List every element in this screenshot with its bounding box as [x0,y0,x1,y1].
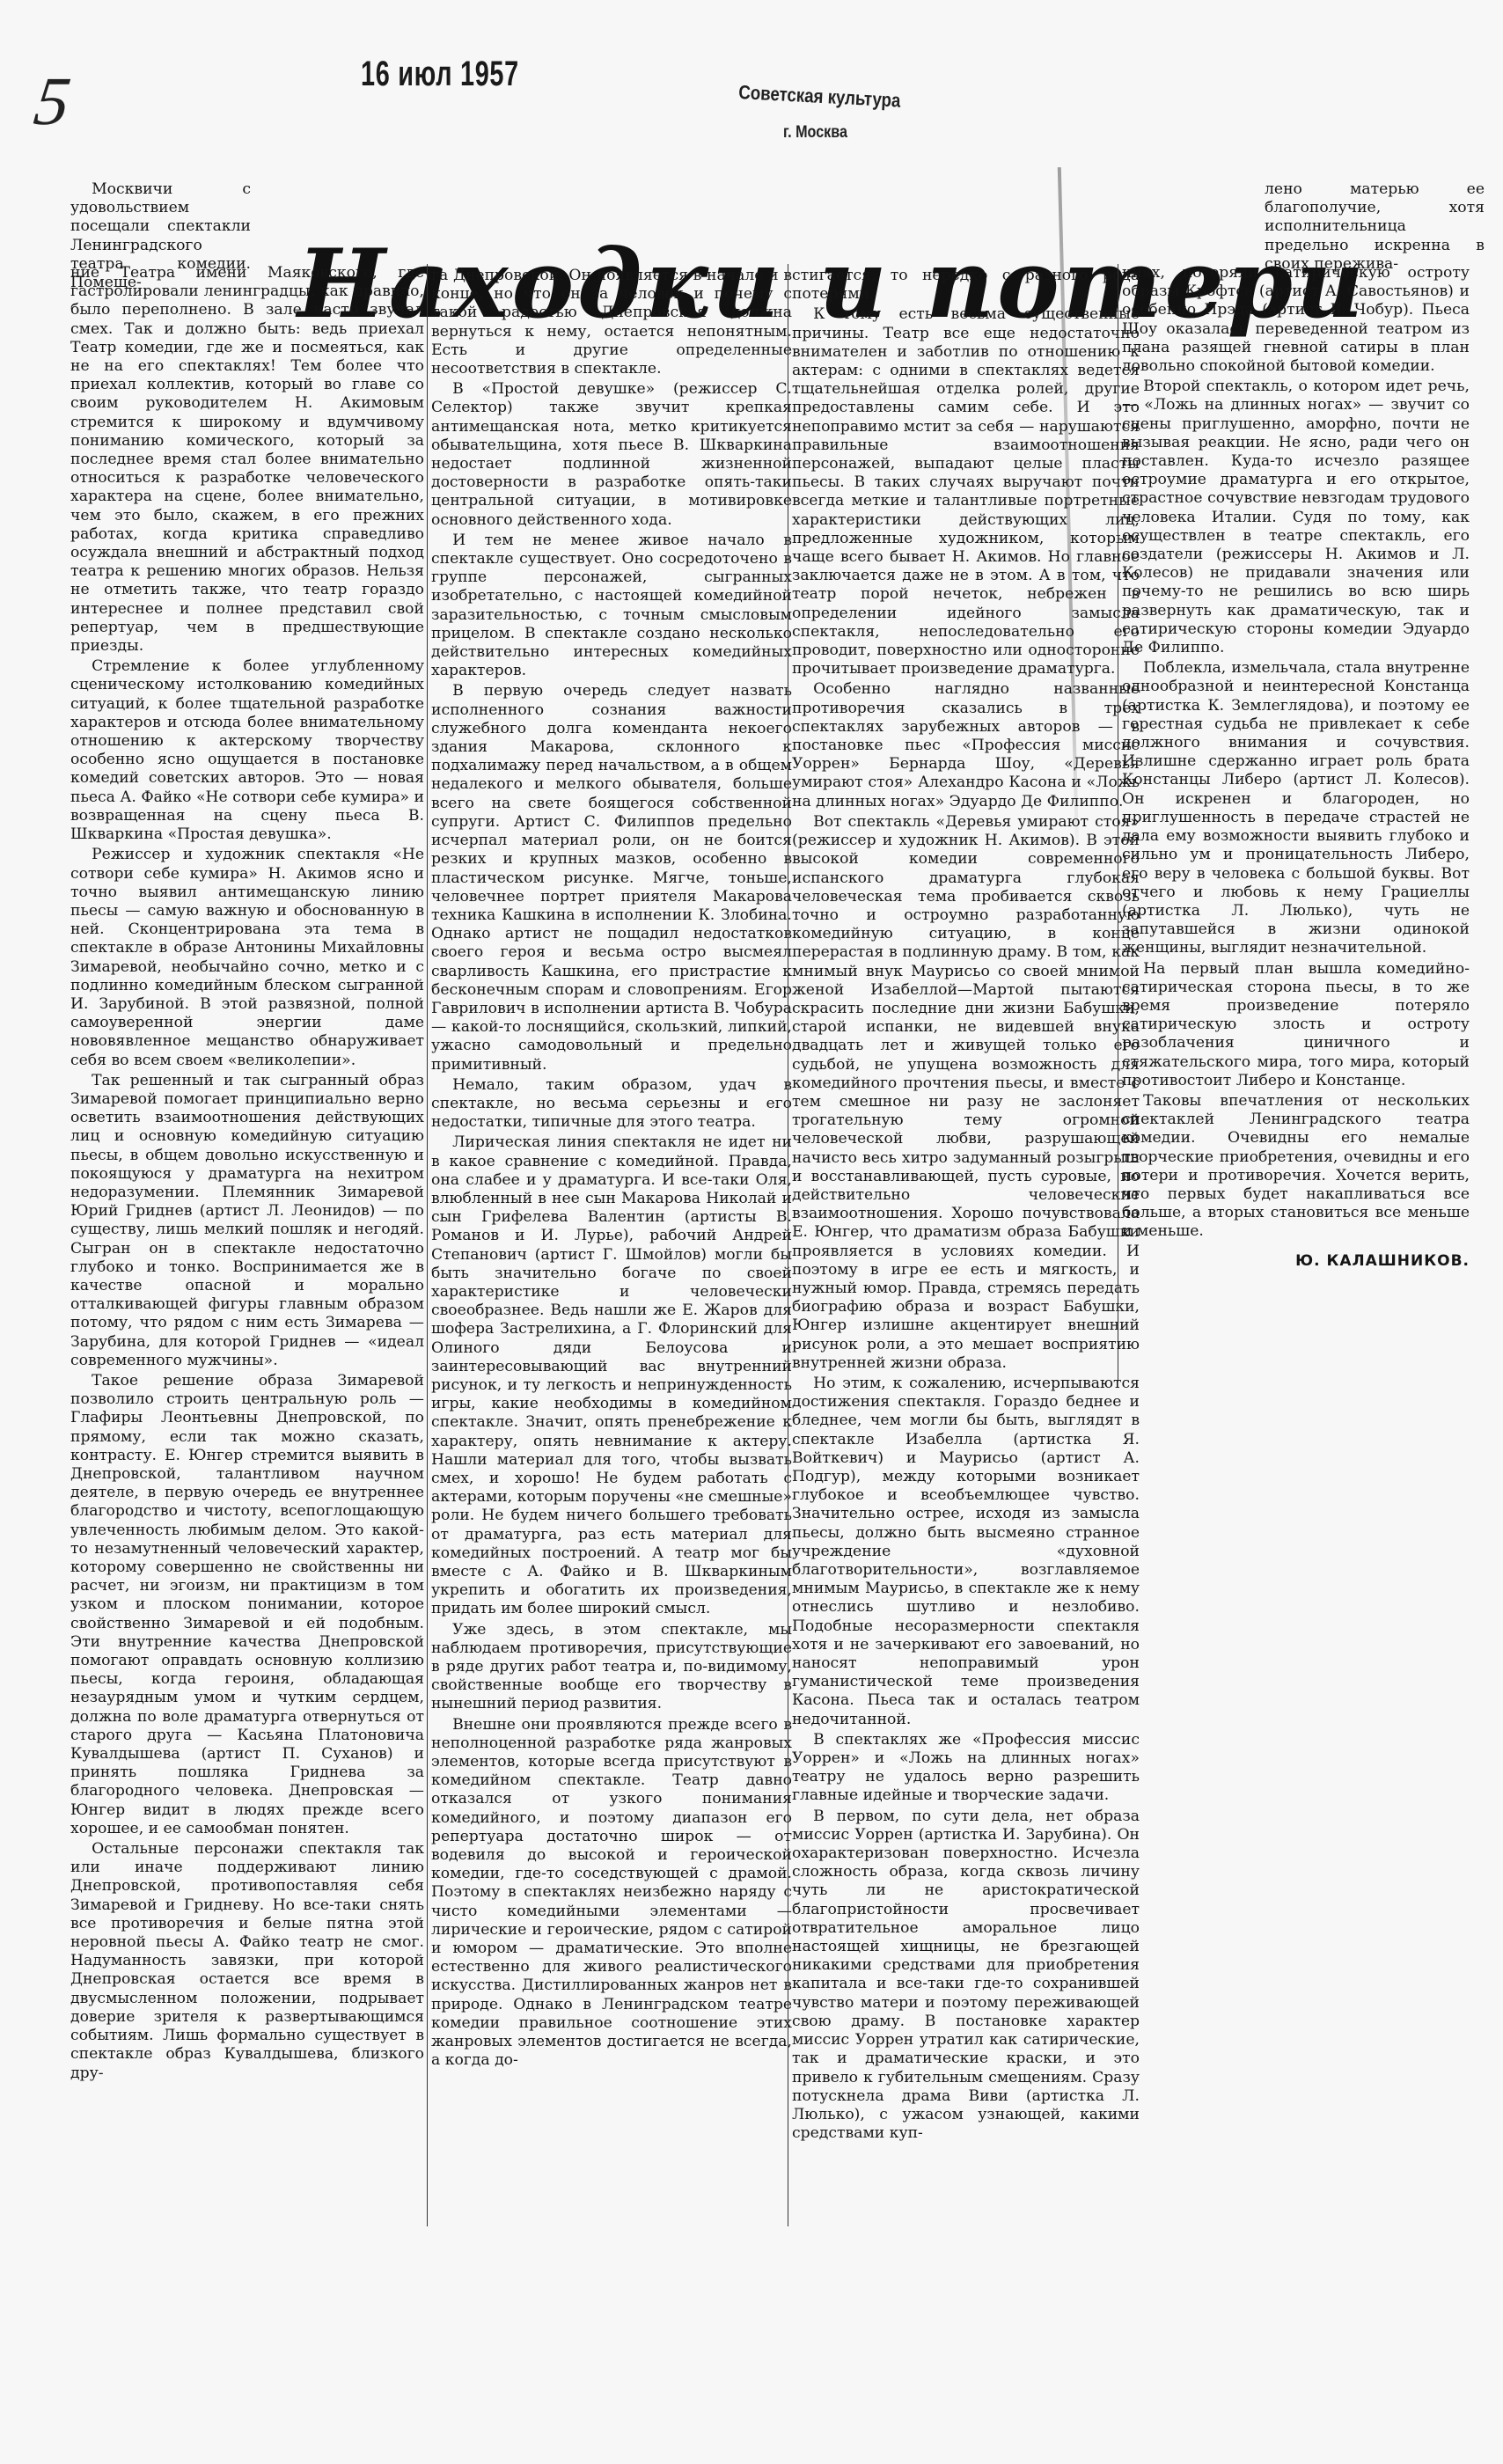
paragraph: Стремление к более углубленному сценичес… [70,657,424,844]
column-4-intro: лено матерью ее благополучие, хотя испол… [1150,180,1485,274]
paragraph: К тому есть весьма существенные причины.… [792,305,1140,678]
column-3: стигается, то нередко с разного рода пот… [792,267,1140,2143]
paragraph: Лирическая линия спектакля не идет ни в … [431,1133,792,1618]
paragraph: лено матерью ее благополучие, хотя испол… [1265,180,1485,274]
paragraph: Режиссер и художник спектакля «Не сотвор… [70,846,424,1069]
paragraph: стигается, то нередко с разного рода пот… [792,267,1140,304]
paragraph: Второй спектакль, о котором идет речь, —… [1122,378,1470,657]
paragraph: га Днепровской. Он появляется в начале и… [431,267,792,378]
paragraph: В «Простой девушке» (режиссер С. Селекто… [431,380,792,530]
paragraph: Остальные персонажи спектакля так или ин… [70,1840,424,2083]
paragraph: Немало, таким образом, удач в спектакле,… [431,1076,792,1133]
paragraph: Вот спектакль «Деревья умирают стоя» (ре… [792,813,1140,1373]
paragraph: ние Театра имени Маяковского, где гастро… [70,264,424,656]
column-2: га Днепровской. Он появляется в начале и… [431,267,792,2071]
paragraph: ниях, потеряли сатирическую остроту обра… [1122,264,1470,376]
newspaper-name-stamp: Советская культура [738,81,901,113]
paragraph: Особенно наглядно названные противоречия… [792,680,1140,810]
paragraph: Таковы впечатления от нескольких спектак… [1122,1092,1470,1242]
column-rule [427,264,428,2226]
paragraph: Такое решение образа Зимаревой позволило… [70,1372,424,1838]
paragraph: В спектаклях же «Профессия миссис Уоррен… [792,1731,1140,1806]
paragraph: И тем не менее живое начало в спектакле … [431,532,792,681]
paragraph: В первом, по сути дела, нет образа мисси… [792,1808,1140,2144]
paragraph: Поблекла, измельчала, стала внутренне од… [1122,659,1470,957]
column-rule [1118,264,1118,1382]
paragraph: В первую очередь следует назвать исполне… [431,682,792,1074]
paragraph: Уже здесь, в этом спектакле, мы наблюдае… [431,1621,792,1714]
column-1: ние Театра имени Маяковского, где гастро… [70,264,424,2083]
column-4: ниях, потеряли сатирическую остроту обра… [1122,264,1470,1271]
paragraph: На первый план вышла комедийно-сатиричес… [1122,960,1470,1090]
newspaper-city-stamp: г. Москва [783,123,847,143]
archive-number-mark: 5 [30,62,76,141]
column-rule [788,264,788,2226]
archive-date-stamp: 16 июл 1957 [361,55,519,94]
paragraph: Но этим, к сожалению, исчерпываются дост… [792,1375,1140,1729]
paragraph: Внешне они проявляются прежде всего в не… [431,1716,792,2071]
author-signature: Ю. КАЛАШНИКОВ. [1122,1252,1470,1271]
paragraph: Так решенный и так сыгранный образ Зимар… [70,1072,424,1370]
